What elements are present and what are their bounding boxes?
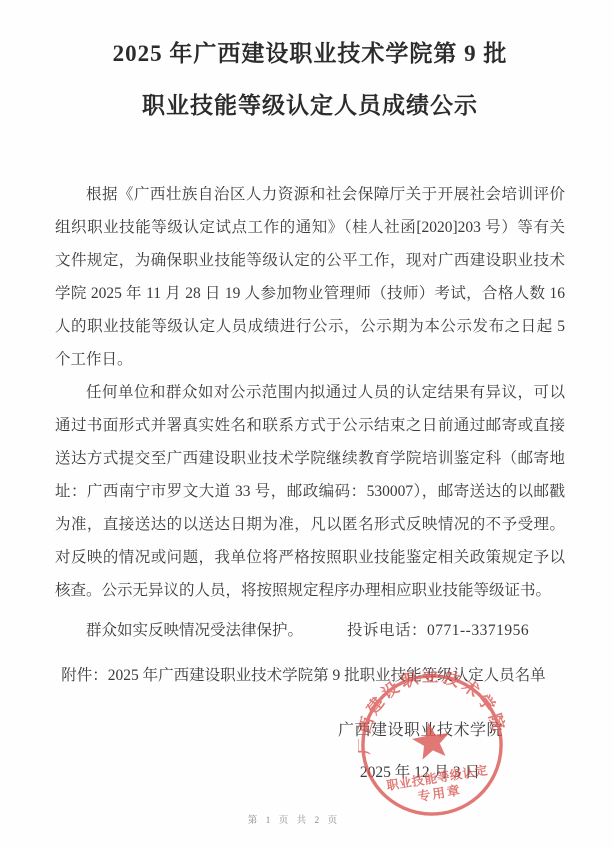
issuer-name: 广西建设职业技术学院 <box>338 720 502 742</box>
title-line-1: 2025 年广西建设职业技术学院第 9 批 <box>55 28 565 80</box>
seal-inner-text-2: 专用章 <box>417 782 463 804</box>
paragraph-objection-procedure: 任何单位和群众如对公示范围内拟通过人员的认定结果有异议，可以通过书面形式并署真实… <box>55 376 565 607</box>
document-page: 2025 年广西建设职业技术学院第 9 批 职业技能等级认定人员成绩公示 根据《… <box>0 0 614 849</box>
page-number: 第 1 页 共 2 页 <box>0 812 588 826</box>
document-body: 根据《广西壮族自治区人力资源和社会保障厅关于开展社会培训评价组织职业技能等级认定… <box>55 178 565 689</box>
issue-date: 2025 年 12 月 3 日 <box>338 762 502 784</box>
paragraph-legal-basis: 根据《广西壮族自治区人力资源和社会保障厅关于开展社会培训评价组织职业技能等级认定… <box>55 178 565 376</box>
paragraph-legal-protection: 群众如实反映情况受法律保护。投诉电话：0771--3371956 <box>55 614 565 647</box>
signature-block: 广西建设职业技术学院 2025 年 12 月 3 日 <box>338 720 502 784</box>
attachment-line: 附件：2025 年广西建设职业技术学院第 9 批职业技能等级认定人员名单 <box>55 663 565 689</box>
document-title: 2025 年广西建设职业技术学院第 9 批 职业技能等级认定人员成绩公示 <box>55 28 565 132</box>
complaint-phone: 投诉电话：0771--3371956 <box>347 622 529 639</box>
legal-protection-note: 群众如实反映情况受法律保护。 <box>86 622 303 639</box>
title-line-2: 职业技能等级认定人员成绩公示 <box>55 80 565 132</box>
